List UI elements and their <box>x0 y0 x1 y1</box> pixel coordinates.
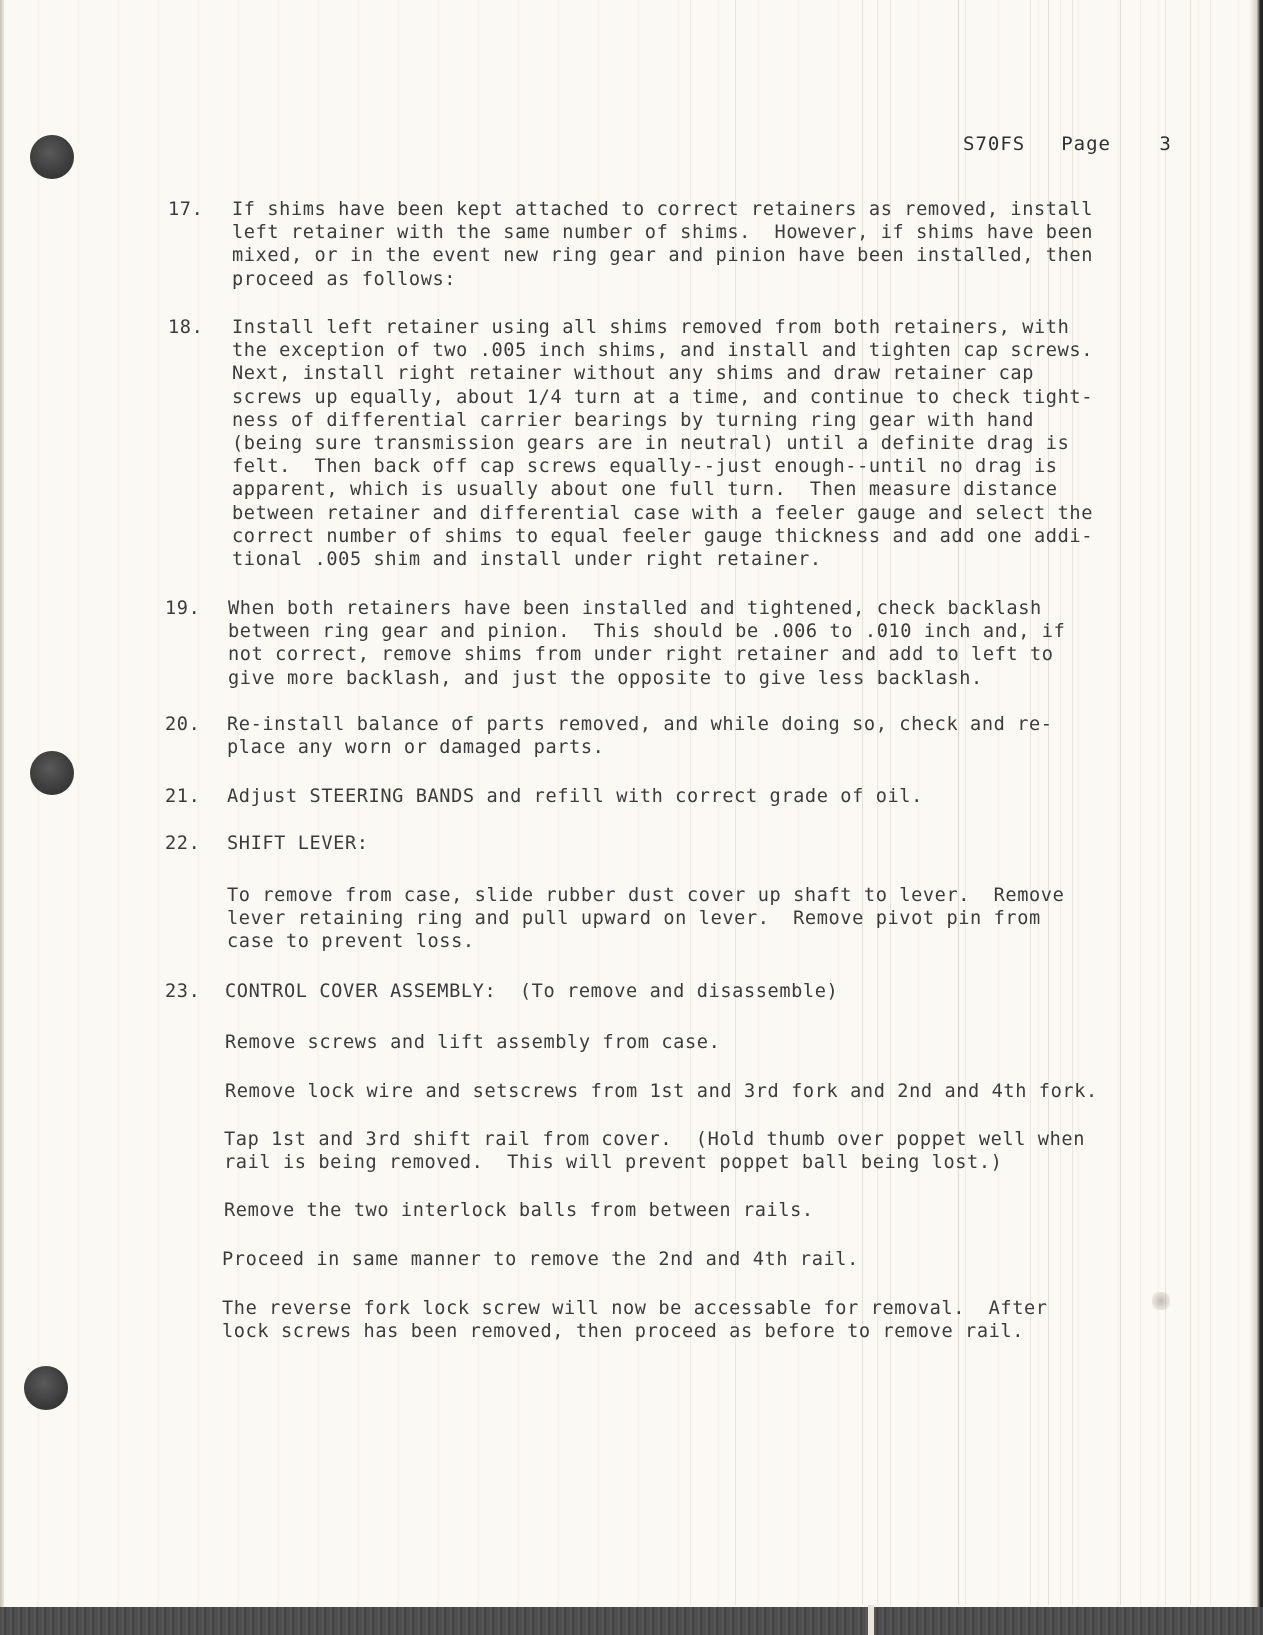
step-sub-paragraph: Proceed in same manner to remove the 2nd… <box>222 1248 859 1271</box>
step-text: Re-install balance of parts removed, and… <box>227 713 1053 759</box>
step-sub-paragraph: To remove from case, slide rubber dust c… <box>227 884 1064 954</box>
step-sub-paragraph: Remove the two interlock balls from betw… <box>224 1199 814 1222</box>
document-code: S70FS <box>963 133 1025 155</box>
step-number: 20. <box>165 713 200 736</box>
scan-streak <box>1190 0 1191 1605</box>
step-text: Adjust STEERING BANDS and refill with co… <box>227 785 923 808</box>
binder-hole-top <box>30 135 74 179</box>
binder-hole-middle <box>30 751 74 795</box>
step-text: If shims have been kept attached to corr… <box>232 198 1093 291</box>
step-number: 18. <box>168 316 203 339</box>
step-number: 22. <box>165 832 200 855</box>
scanner-band-gap <box>868 1605 874 1635</box>
page-header: S70FSPage 3 <box>963 133 1172 155</box>
scan-smudge <box>1152 1292 1170 1310</box>
scan-streak <box>1120 0 1121 1605</box>
page-left-edge <box>0 0 4 1635</box>
step-text: CONTROL COVER ASSEMBLY: (To remove and d… <box>225 980 838 1003</box>
scan-streak <box>1210 0 1211 1605</box>
binder-hole-bottom <box>24 1366 68 1410</box>
step-number: 17. <box>168 198 203 221</box>
page-right-edge-shadow <box>1249 0 1263 1635</box>
scan-streak <box>1140 0 1141 1605</box>
step-sub-paragraph: Remove screws and lift assembly from cas… <box>225 1031 720 1054</box>
step-number: 23. <box>165 980 200 1003</box>
step-sub-paragraph: The reverse fork lock screw will now be … <box>222 1297 1048 1343</box>
step-number: 19. <box>165 597 200 620</box>
page-number: 3 <box>1159 133 1171 155</box>
step-text: SHIFT LEVER: <box>227 832 369 855</box>
step-number: 21. <box>165 785 200 808</box>
step-text: Install left retainer using all shims re… <box>232 316 1093 571</box>
page-label: Page 3 <box>1061 133 1172 155</box>
step-sub-paragraph: Remove lock wire and setscrews from 1st … <box>225 1080 1098 1103</box>
scanner-bottom-band <box>0 1607 1263 1635</box>
scan-streak <box>1165 0 1166 1605</box>
step-sub-paragraph: Tap 1st and 3rd shift rail from cover. (… <box>224 1128 1085 1174</box>
step-text: When both retainers have been installed … <box>228 597 1065 690</box>
